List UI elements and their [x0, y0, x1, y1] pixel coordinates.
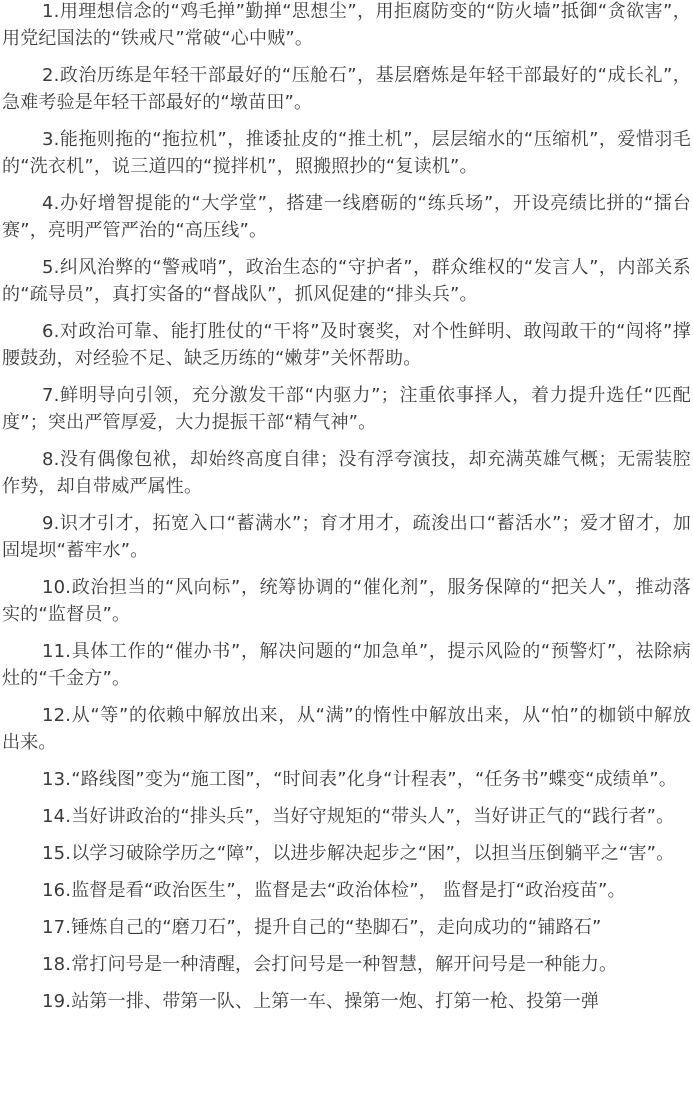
paragraph-10: 10.政治担当的“风向标”，统筹协调的“催化剂”，服务保障的“把关人”，推动落实… [2, 574, 691, 628]
paragraph-2: 2.政治历练是年轻干部最好的“压舱石”，基层磨炼是年轻干部最好的“成长礼”，急难… [2, 62, 691, 116]
paragraph-5: 5.纠风治弊的“警戒哨”，政治生态的“守护者”，群众维权的“发言人”，内部关系的… [2, 254, 691, 308]
paragraph-12: 12.从“等”的依赖中解放出来，从“满”的惰性中解放出来，从“怕”的枷锁中解放出… [2, 702, 691, 756]
paragraph-6: 6.对政治可靠、能打胜仗的“干将”及时褒奖，对个性鲜明、敢闯敢干的“闯将”撑腰鼓… [2, 318, 691, 372]
paragraph-16: 16.监督是看“政治医生”，监督是去“政治体检”， 监督是打“政治疫苗”。 [2, 877, 691, 904]
paragraph-9: 9.识才引才，拓宽入口“蓄满水”；育才用才，疏浚出口“蓄活水”；爱才留才，加固堤… [2, 510, 691, 564]
paragraph-14: 14.当好讲政治的“排头兵”，当好守规矩的“带头人”，当好讲正气的“践行者”。 [2, 803, 691, 830]
paragraph-3: 3.能拖则拖的“拖拉机”，推诿扯皮的“推土机”，层层缩水的“压缩机”，爱惜羽毛的… [2, 126, 691, 180]
paragraph-17: 17.锤炼自己的“磨刀石”，提升自己的“垫脚石”，走向成功的“铺路石” [2, 914, 691, 941]
paragraph-11: 11.具体工作的“催办书”，解决问题的“加急单”，提示风险的“预警灯”，祛除病灶… [2, 638, 691, 692]
paragraph-15: 15.以学习破除学历之“障”，以进步解决起步之“困”，以担当压倒躺平之“害”。 [2, 840, 691, 867]
paragraph-4: 4.办好增智提能的“大学堂”，搭建一线磨砺的“练兵场”，开设亮绩比拼的“擂台赛”… [2, 190, 691, 244]
paragraph-7: 7.鲜明导向引领，充分激发干部“内驱力”；注重依事择人，着力提升选任“匹配度”；… [2, 382, 691, 436]
paragraph-8: 8.没有偶像包袱，却始终高度自律；没有浮夸演技，却充满英雄气概；无需装腔作势，却… [2, 446, 691, 500]
paragraph-13: 13.“路线图”变为“施工图”，“时间表”化身“计程表”，“任务书”蝶变“成绩单… [2, 766, 691, 793]
paragraph-18: 18.常打问号是一种清醒，会打问号是一种智慧，解开问号是一种能力。 [2, 951, 691, 978]
paragraph-1: 1.用理想信念的“鸡毛掸”勤掸“思想尘”，用拒腐防变的“防火墙”抵御“贪欲害”，… [2, 0, 691, 52]
article-body: 1.用理想信念的“鸡毛掸”勤掸“思想尘”，用拒腐防变的“防火墙”抵御“贪欲害”，… [0, 0, 693, 1015]
paragraph-19: 19.站第一排、带第一队、上第一车、操第一炮、打第一枪、投第一弹 [2, 988, 691, 1015]
